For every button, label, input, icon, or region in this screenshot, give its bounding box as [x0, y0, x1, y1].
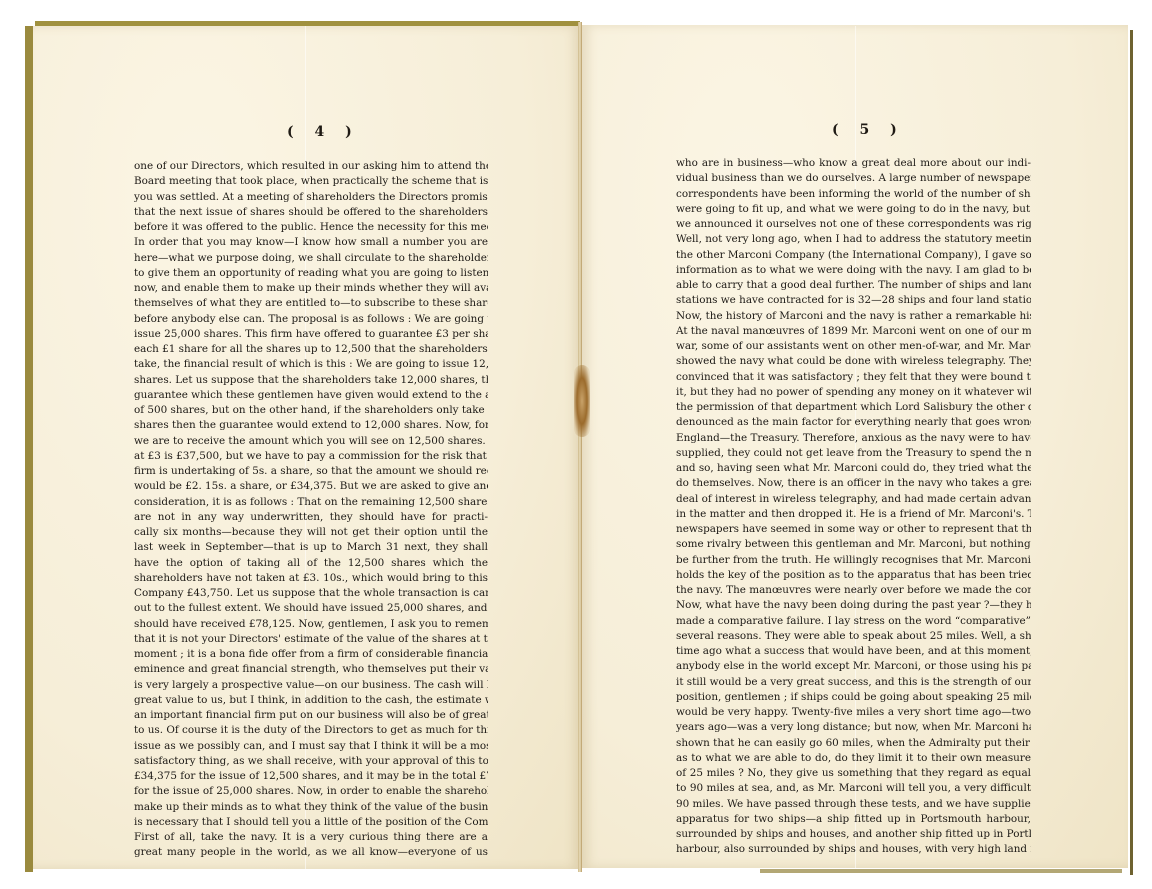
text-line: at £3 is £37,500, but we have to pay a c… [134, 449, 488, 464]
text-line: last week in September—that is up to Mar… [134, 540, 488, 555]
text-line: anybody else in the world except Mr. Mar… [676, 659, 1031, 674]
text-line: Now, what have the navy been doing durin… [676, 598, 1031, 613]
text-line: harbour, also surrounded by ships and ho… [676, 842, 1031, 857]
text-line: denounced as the main factor for everyth… [676, 415, 1031, 430]
text-line: Well, not very long ago, when I had to a… [676, 232, 1031, 247]
text-line: stations we have contracted for is 32—28… [676, 293, 1031, 308]
text-line: in the matter and then dropped it. He is… [676, 507, 1031, 522]
text-line: moment ; it is a bona fide offer from a … [134, 647, 488, 662]
text-line: surrounded by ships and houses, and anot… [676, 827, 1031, 842]
text-line: that it is not your Directors' estimate … [134, 632, 488, 647]
text-line: able to carry that a good deal further. … [676, 278, 1031, 293]
text-line: to 90 miles at sea, and, as Mr. Marconi … [676, 781, 1031, 796]
text-line: now, and enable them to make up their mi… [134, 281, 488, 296]
text-line: great many people in the world, as we al… [134, 845, 488, 860]
page-number-right: ( 5 ) [832, 122, 905, 138]
text-line: years ago—was a very long distance; but … [676, 720, 1031, 735]
text-line: holds the key of the position as to the … [676, 568, 1031, 583]
text-line: correspondents have been informing the w… [676, 187, 1031, 202]
text-line: England—the Treasury. Therefore, anxious… [676, 431, 1031, 446]
text-line: as to what we are able to do, do they li… [676, 751, 1031, 766]
text-line: supplied, they could not get leave from … [676, 446, 1031, 461]
text-line: Now, the history of Marconi and the navy… [676, 309, 1031, 324]
text-line: issue 25,000 shares. This firm have offe… [134, 327, 488, 342]
text-line: deal of interest in wireless telegraphy,… [676, 492, 1031, 507]
text-line: is very largely a prospective value—on o… [134, 678, 488, 693]
text-line: shareholders have not taken at £3. 10s.,… [134, 571, 488, 586]
text-line: eminence and great financial strength, w… [134, 662, 488, 677]
text-line: is necessary that I should tell you a li… [134, 815, 488, 830]
text-line: it still would be a very great success, … [676, 675, 1031, 690]
text-line: we announced it ourselves not one of the… [676, 217, 1031, 232]
text-line: At the naval manœuvres of 1899 Mr. Marco… [676, 324, 1031, 339]
text-line: satisfactory thing, as we shall receive,… [134, 754, 488, 769]
text-line: it, but they had no power of spending an… [676, 385, 1031, 400]
text-line: were going to fit up, and what we were g… [676, 202, 1031, 217]
text-line: before it was offered to the public. Hen… [134, 220, 488, 235]
text-line: do themselves. Now, there is an officer … [676, 476, 1031, 491]
text-line: shares then the guarantee would extend t… [134, 418, 488, 433]
page-number-left: ( 4 ) [287, 124, 360, 140]
text-line: and so, having seen what Mr. Marconi cou… [676, 461, 1031, 476]
text-line: war, some of our assistants went on othe… [676, 339, 1031, 354]
text-line: that the next issue of shares should be … [134, 205, 488, 220]
text-line: information as to what we were doing wit… [676, 263, 1031, 278]
text-line: of 25 miles ? No, they give us something… [676, 766, 1031, 781]
text-line: we are to receive the amount which you w… [134, 434, 488, 449]
text-line: before anybody else can. The proposal is… [134, 312, 488, 327]
text-line: here—what we purpose doing, we shall cir… [134, 251, 488, 266]
text-line: position, gentlemen ; if ships could be … [676, 690, 1031, 705]
text-line: Company £43,750. Let us suppose that the… [134, 586, 488, 601]
text-line: have the option of taking all of the 12,… [134, 556, 488, 571]
text-line: showed the navy what could be done with … [676, 354, 1031, 369]
cover-edge-bottom [760, 869, 1122, 873]
text-line: an important financial firm put on our b… [134, 708, 488, 723]
spine-gutter [578, 22, 582, 872]
text-line: would be £2. 15s. a share, or £34,375. B… [134, 479, 488, 494]
text-line: £34,375 for the issue of 12,500 shares, … [134, 769, 488, 784]
text-line: consideration, it is as follows : That o… [134, 495, 488, 510]
text-line: the navy. The manœuvres were nearly over… [676, 583, 1031, 598]
text-line: the permission of that department which … [676, 400, 1031, 415]
text-line: time ago what a success that would have … [676, 644, 1031, 659]
text-line: to give them an opportunity of reading w… [134, 266, 488, 281]
right-page-body-text: who are in business—who know a great dea… [676, 156, 1031, 858]
cover-edge-right [1130, 30, 1133, 875]
text-line: great value to us, but I think, in addit… [134, 693, 488, 708]
text-line: guarantee which these gentlemen have giv… [134, 388, 488, 403]
text-line: of 500 shares, but on the other hand, if… [134, 403, 488, 418]
left-page-body-text: one of our Directors, which resulted in … [134, 159, 488, 861]
text-line: cally six months—because they will not g… [134, 525, 488, 540]
text-line: several reasons. They were able to speak… [676, 629, 1031, 644]
text-line: you was settled. At a meeting of shareho… [134, 190, 488, 205]
text-line: themselves of what they are entitled to—… [134, 296, 488, 311]
text-line: In order that you may know—I know how sm… [134, 235, 488, 250]
text-line: out to the fullest extent. We should hav… [134, 601, 488, 616]
text-line: each £1 share for all the shares up to 1… [134, 342, 488, 357]
text-line: apparatus for two ships—a ship fitted up… [676, 812, 1031, 827]
text-line: firm is undertaking of 5s. a share, so t… [134, 464, 488, 479]
text-line: for the issue of 25,000 shares. Now, in … [134, 784, 488, 799]
text-line: some rivalry between this gentleman and … [676, 537, 1031, 552]
cover-edge-left [25, 26, 33, 872]
text-line: are not in any way underwritten, they sh… [134, 510, 488, 525]
text-line: First of all, take the navy. It is a ver… [134, 830, 488, 845]
text-line: shown that he can easily go 60 miles, wh… [676, 736, 1031, 751]
text-line: should have received £78,125. Now, gentl… [134, 617, 488, 632]
text-line: issue as we possibly can, and I must say… [134, 739, 488, 754]
text-line: make up their minds as to what they thin… [134, 800, 488, 815]
text-line: vidual business than we do ourselves. A … [676, 171, 1031, 186]
text-line: take, the financial result of which is t… [134, 357, 488, 372]
text-line: be further from the truth. He willingly … [676, 553, 1031, 568]
text-line: newspapers have seemed in some way or ot… [676, 522, 1031, 537]
text-line: Board meeting that took place, when prac… [134, 174, 488, 189]
text-line: would be very happy. Twenty-five miles a… [676, 705, 1031, 720]
text-line: who are in business—who know a great dea… [676, 156, 1031, 171]
text-line: to us. Of course it is the duty of the D… [134, 723, 488, 738]
text-line: shares. Let us suppose that the sharehol… [134, 373, 488, 388]
text-line: 90 miles. We have passed through these t… [676, 797, 1031, 812]
text-line: the other Marconi Company (the Internati… [676, 248, 1031, 263]
text-line: made a comparative failure. I lay stress… [676, 614, 1031, 629]
text-line: one of our Directors, which resulted in … [134, 159, 488, 174]
staple-rust-stain [574, 365, 590, 437]
text-line: convinced that it was satisfactory ; the… [676, 370, 1031, 385]
